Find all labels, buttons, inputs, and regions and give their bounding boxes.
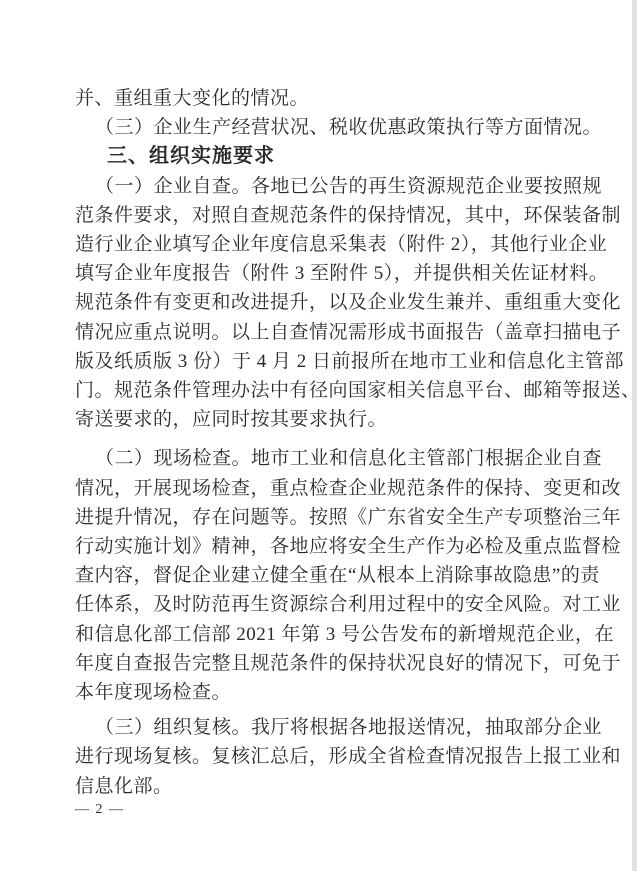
text-line: 信息化部。 <box>75 772 567 801</box>
text-line: （二）现场检查。地市工业和信息化主管部门根据企业自查 <box>75 444 567 473</box>
document-page: 并、重组重大变化的情况。 （三）企业生产经营状况、税收优惠政策执行等方面情况。 … <box>0 0 637 871</box>
text-line: 门。规范条件管理办法中有径向国家相关信息平台、邮箱等报送、 <box>75 376 567 405</box>
section-heading: 三、组织实施要求 <box>75 142 567 171</box>
text-line: （三）组织复核。我厅将根据各地报送情况，抽取部分企业 <box>75 713 567 742</box>
page-edge-shadow <box>632 0 637 871</box>
page-number: — 2 — <box>75 802 567 818</box>
text-line: 情况，开展现场检查，重点检查企业规范条件的保持、变更和改 <box>75 474 567 503</box>
text-line: 范条件要求，对照自查规范条件的保持情况，其中，环保装备制 <box>75 201 567 230</box>
text-line: 规范条件有变更和改进提升，以及企业发生兼并、重组重大变化 <box>75 288 567 317</box>
text-line: 填写企业年度报告（附件 3 至附件 5），并提供相关佐证材料。 <box>75 259 567 288</box>
text-line: （一）企业自查。各地已公告的再生资源规范企业要按照规 <box>75 172 567 201</box>
text-line: 并、重组重大变化的情况。 <box>75 84 567 113</box>
text-line: 行动实施计划》精神，各地应将安全生产作为必检及重点监督检 <box>75 532 567 561</box>
text-line: 进提升情况，存在问题等。按照《广东省安全生产专项整治三年 <box>75 503 567 532</box>
text-line: 情况应重点说明。以上自查情况需形成书面报告（盖章扫描电子 <box>75 318 567 347</box>
text-line: 版及纸质版 3 份）于 4 月 2 日前报所在地市工业和信息化主管部 <box>75 347 567 376</box>
text-line: （三）企业生产经营状况、税收优惠政策执行等方面情况。 <box>75 113 567 142</box>
text-line: 本年度现场检查。 <box>75 678 567 707</box>
text-line: 寄送要求的，应同时按其要求执行。 <box>75 405 567 434</box>
text-line: 查内容，督促企业建立健全重在“从根本上消除事故隐患”的责 <box>75 561 567 590</box>
text-line: 造行业企业填写企业年度信息采集表（附件 2），其他行业企业 <box>75 230 567 259</box>
text-line: 任体系，及时防范再生资源综合利用过程中的安全风险。对工业 <box>75 590 567 619</box>
text-line: 和信息化部工信部 2021 年第 3 号公告发布的新增规范企业，在 <box>75 620 567 649</box>
text-line: 年度自查报告完整且规范条件的保持状况良好的情况下，可免于 <box>75 649 567 678</box>
document-body: 并、重组重大变化的情况。 （三）企业生产经营状况、税收优惠政策执行等方面情况。 … <box>75 84 567 818</box>
text-line: 进行现场复核。复核汇总后，形成全省检查情况报告上报工业和 <box>75 742 567 771</box>
